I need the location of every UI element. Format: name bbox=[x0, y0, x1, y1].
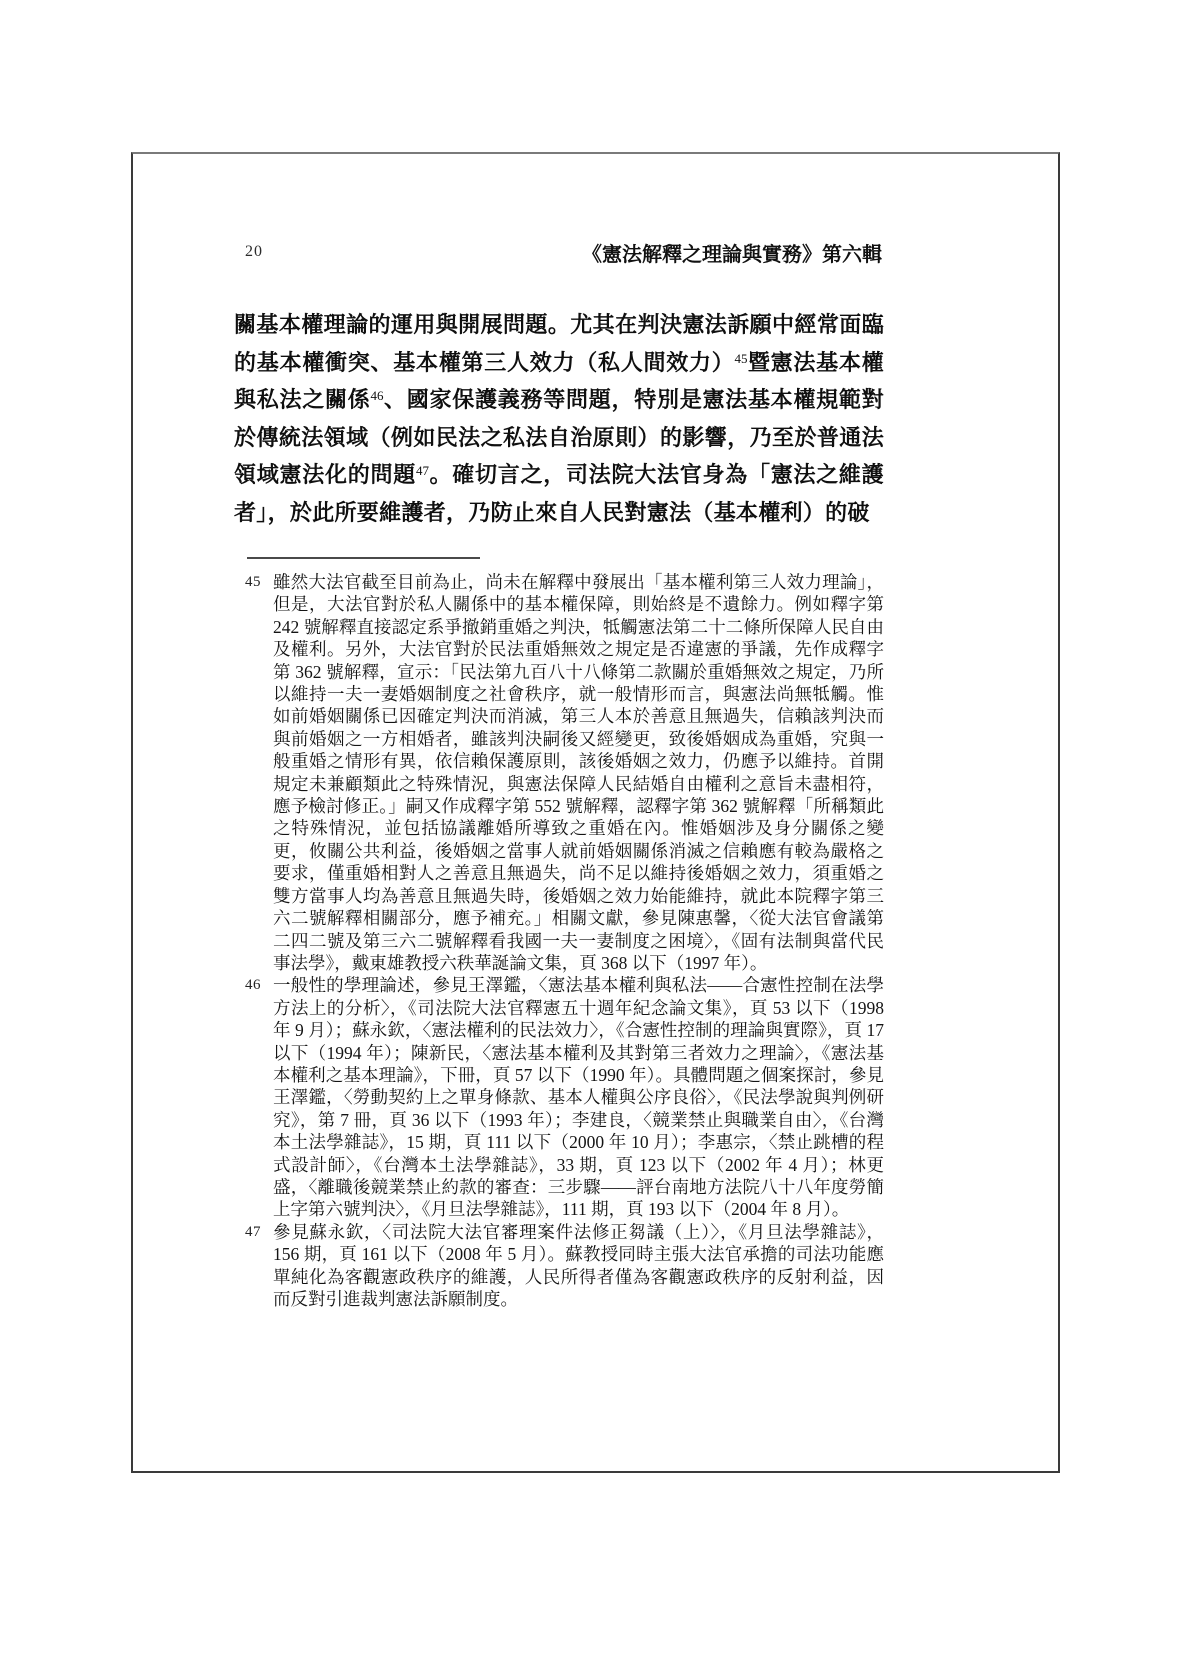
running-header-title: 《憲法解釋之理論與實務》第六輯 bbox=[480, 238, 882, 267]
footnote-separator-rule bbox=[247, 557, 480, 559]
scanned-book-page: 20 《憲法解釋之理論與實務》第六輯 關基本權理論的運用與開展問題。尤其在判決憲… bbox=[0, 0, 1177, 1664]
footnote-number: 45 bbox=[245, 571, 273, 591]
footnote-text: 參見蘇永欽，〈司法院大法官審理案件法修正芻議（上）〉，《月旦法學雜誌》，156 … bbox=[273, 1221, 884, 1311]
footnote-45: 45 雖然大法官截至目前為止，尚未在解釋中發展出「基本權利第三人效力理論」，但是… bbox=[245, 571, 884, 974]
footnote-ref: 47 bbox=[416, 463, 429, 478]
footnotes-section: 45 雖然大法官截至目前為止，尚未在解釋中發展出「基本權利第三人效力理論」，但是… bbox=[245, 571, 884, 1310]
footnote-46: 46 一般性的學理論述，參見王澤鑑，〈憲法基本權利與私法——合憲性控制在法學方法… bbox=[245, 974, 884, 1220]
footnote-ref: 46 bbox=[371, 388, 384, 403]
footnote-text: 雖然大法官截至目前為止，尚未在解釋中發展出「基本權利第三人效力理論」，但是，大法… bbox=[273, 571, 884, 974]
footnote-47: 47 參見蘇永欽，〈司法院大法官審理案件法修正芻議（上）〉，《月旦法學雜誌》，1… bbox=[245, 1221, 884, 1311]
body-paragraph: 關基本權理論的運用與開展問題。尤其在判決憲法訴願中經常面臨的基本權衝突、基本權第… bbox=[234, 306, 884, 531]
page-number: 20 bbox=[245, 243, 263, 261]
footnote-number: 46 bbox=[245, 974, 273, 994]
footnote-number: 47 bbox=[245, 1221, 273, 1241]
footnote-ref: 45 bbox=[734, 351, 747, 366]
footnote-text: 一般性的學理論述，參見王澤鑑，〈憲法基本權利與私法——合憲性控制在法學方法上的分… bbox=[273, 974, 884, 1220]
